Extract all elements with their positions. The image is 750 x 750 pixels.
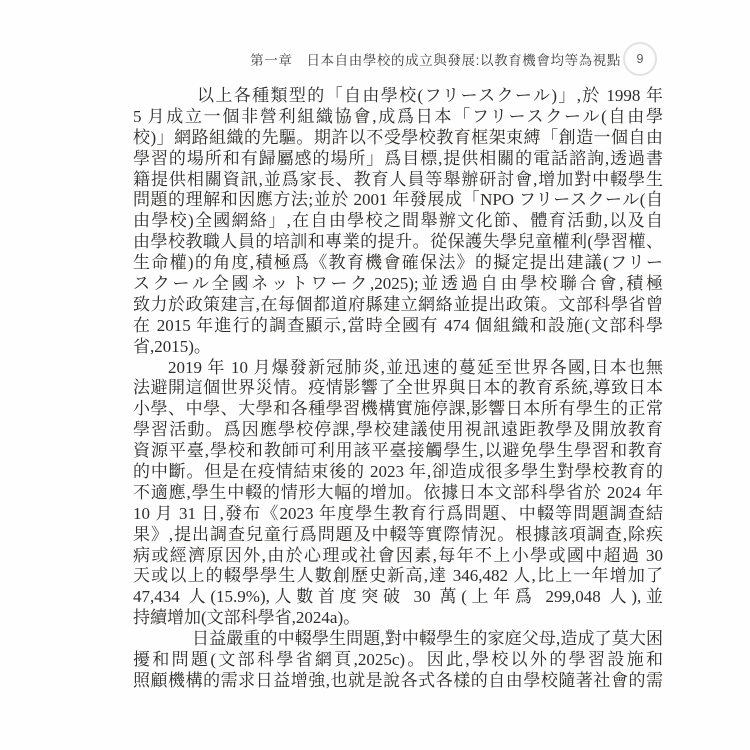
page-header: 第一章 日本自由學校的成立與發展:以教育機會均等為視點 9 — [133, 40, 657, 78]
text-line: 致力於政策建言,在每個都道府縣建立網絡並提出政策。文部科學省曾 — [133, 295, 663, 316]
text-line: 由學校)全國網絡」,在自由學校之間舉辦文化節、體育活動,以及自 — [133, 211, 663, 232]
book-page: 第一章 日本自由學校的成立與發展:以教育機會均等為視點 9 以上各種類型的「自由… — [0, 0, 750, 750]
text-line: 擾和問題(文部科學省網頁,2025c)。因此,學校以外的學習設施和 — [133, 650, 663, 671]
text-line: 小學、中學、大學和各種學習機構實施停課,影響日本所有學生的正常 — [133, 399, 663, 420]
text-line: 10 月 31 日,發布《2023 年度學生教育行爲問題、中輟等問題調查結 — [133, 504, 663, 525]
page-body-text: 以上各種類型的「自由學校(フリースクール)」,於 1998 年5 月成立一個非營… — [133, 86, 663, 692]
text-line: 的中斷。但是在疫情結束後的 2023 年,卻造成很多學生對學校教育的 — [133, 462, 663, 483]
text-line: 以上各種類型的「自由學校(フリースクール)」,於 1998 年 — [133, 86, 663, 107]
text-line: 問題的理解和因應方法;並於 2001 年發展成「NPO フリースクール(自 — [133, 190, 663, 211]
text-line: 不適應,學生中輟的情形大幅的增加。依據日本文部科學省於 2024 年 — [133, 483, 663, 504]
text-line: 病或經濟原因外,由於心理或社會因素,每年不上小學或國中超過 30 — [133, 546, 663, 567]
text-line: 5 月成立一個非營利組織協會,成爲日本「フリースクール(自由學 — [133, 107, 663, 128]
text-line: 由學校教職人員的培訓和專業的提升。從保護失學兒童權利(學習權、 — [133, 232, 663, 253]
text-line: 學習活動。爲因應學校停課,學校建議使用視訊遠距教學及開放教育 — [133, 420, 663, 441]
text-line: 在 2015 年進行的調查顯示,當時全國有 474 個組織和設施(文部科學 — [133, 316, 663, 337]
text-line: 學習的場所和有歸屬感的場所」爲目標,提供相關的電話諮詢,透過書 — [133, 149, 663, 170]
text-line: 生命權)的角度,積極爲《教育機會確保法》的擬定提出建議(フリー — [133, 253, 663, 274]
text-line: 47,434 人(15.9%),人數首度突破 30 萬(上年爲 299,048 … — [133, 587, 663, 608]
text-line: 天或以上的輟學學生人數創歷史新高,達 346,482 人,比上一年增加了 — [133, 566, 663, 587]
running-head-chapter-label: 第一章 — [250, 49, 292, 69]
page-number-circle: 9 — [623, 42, 657, 76]
page-number: 9 — [637, 52, 644, 66]
text-line: 資源平臺,學校和教師可利用該平臺接觸學生,以避免學生學習和教育 — [133, 441, 663, 462]
running-head-chapter-title: 日本自由學校的成立與發展:以教育機會均等為視點 — [306, 49, 621, 69]
text-line: 校)」網路組織的先驅。期許以不受學校教育框架束縛「創造一個自由 — [133, 128, 663, 149]
text-line: 2019 年 10 月爆發新冠肺炎,並迅速的蔓延至世界各國,日本也無 — [133, 358, 663, 379]
text-line: 籍提供相關資訊,並爲家長、教育人員等舉辦研討會,增加對中輟學生 — [133, 170, 663, 191]
text-line: 日益嚴重的中輟學生問題,對中輟學生的家庭父母,造成了莫大困 — [133, 629, 663, 650]
text-line: 持續增加(文部科學省,2024a)。 — [133, 608, 663, 629]
text-line: スクール全國ネットワーク,2025);並透過自由學校聯合會,積極 — [133, 274, 663, 295]
text-line: 果》,提出調查兒童行爲問題及中輟等實際情況。根據該項調查,除疾 — [133, 525, 663, 546]
text-line: 照顧機構的需求日益增強,也就是說各式各樣的自由學校隨著社會的需 — [133, 671, 663, 692]
text-line: 省,2015)。 — [133, 337, 663, 358]
text-line: 法避開這個世界災情。疫情影響了全世界與日本的教育系統,導致日本 — [133, 378, 663, 399]
